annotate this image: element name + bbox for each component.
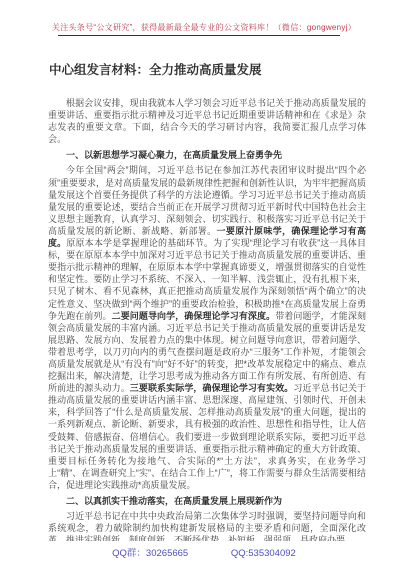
qq-contact: QQ:535304092 xyxy=(231,548,296,559)
promo-footer: QQ群：30265665 QQ:535304092 xyxy=(0,548,408,560)
body-text: 习近平总书记在中共中央政治局第二次集体学习时强调，要坚持问题导向和系统观念，着力… xyxy=(48,511,366,541)
promo-header-text: 关注头条号“公文研究”，获得最新最全最专业的公文资料库！（微信：gongweny… xyxy=(52,23,356,32)
section-heading: 二、以真抓实干推动落实，在高质量发展上展现新作为 xyxy=(48,495,366,507)
paragraph: 今年全国“两会”期间，习近平总书记在参加江苏代表团审议时提出“四个必须”重要要求… xyxy=(48,164,366,491)
doc-title: 中心组发言材料：全力推动高质量发展 xyxy=(49,62,368,78)
promo-header: 关注头条号“公文研究”，获得最新最全最专业的公文资料库！（微信：gongweny… xyxy=(0,22,408,33)
body-text: 习近平总书记关于推动高质量发展的重要讲话内涵丰富、思想深邃、高屋建瓴、引领时代、… xyxy=(48,383,366,490)
body-text: 原原本本学是掌握理论的基础环节。为了实现“理论学习有收获”这一具体目标，要在原原… xyxy=(48,238,366,321)
emphasis-text: 一、以新思想学习凝心聚力，在高质量发展上奋勇争先 xyxy=(66,150,282,160)
doc-body: 根据会议安排，现由我就本人学习领会习近平总书记关于推动高质量发展的重要讲话、重要… xyxy=(48,97,366,541)
header-rule-divider xyxy=(58,35,340,36)
emphasis-text: 三要联系实际学，确保理论学习有实效。 xyxy=(130,383,294,393)
section-heading: 一、以新思想学习凝心聚力，在高质量发展上奋勇争先 xyxy=(48,149,366,161)
document-page: 关注头条号“公文研究”，获得最新最全最专业的公文资料库！（微信：gongweny… xyxy=(0,0,408,580)
body-text: 带着问题学，才能深刻领会高质量发展的丰富内涵。习近平总书记关于推动高质量发展的重… xyxy=(48,311,366,394)
emphasis-text: 二、以真抓实干推动落实，在高质量发展上展现新作为 xyxy=(66,496,282,506)
paragraph: 根据会议安排，现由我就本人学习领会习近平总书记关于推动高质量发展的重要讲话、重要… xyxy=(48,97,366,145)
body-text: 根据会议安排，现由我就本人学习领会习近平总书记关于推动高质量发展的重要讲话、重要… xyxy=(48,98,366,144)
emphasis-text: 二要问题导向学，确保理论学习有深度。 xyxy=(112,311,276,321)
qq-group-contact: QQ群：30265665 xyxy=(112,548,188,559)
paragraph: 习近平总书记在中共中央政治局第二次集体学习时强调，要坚持问题导向和系统观念，着力… xyxy=(48,510,366,541)
